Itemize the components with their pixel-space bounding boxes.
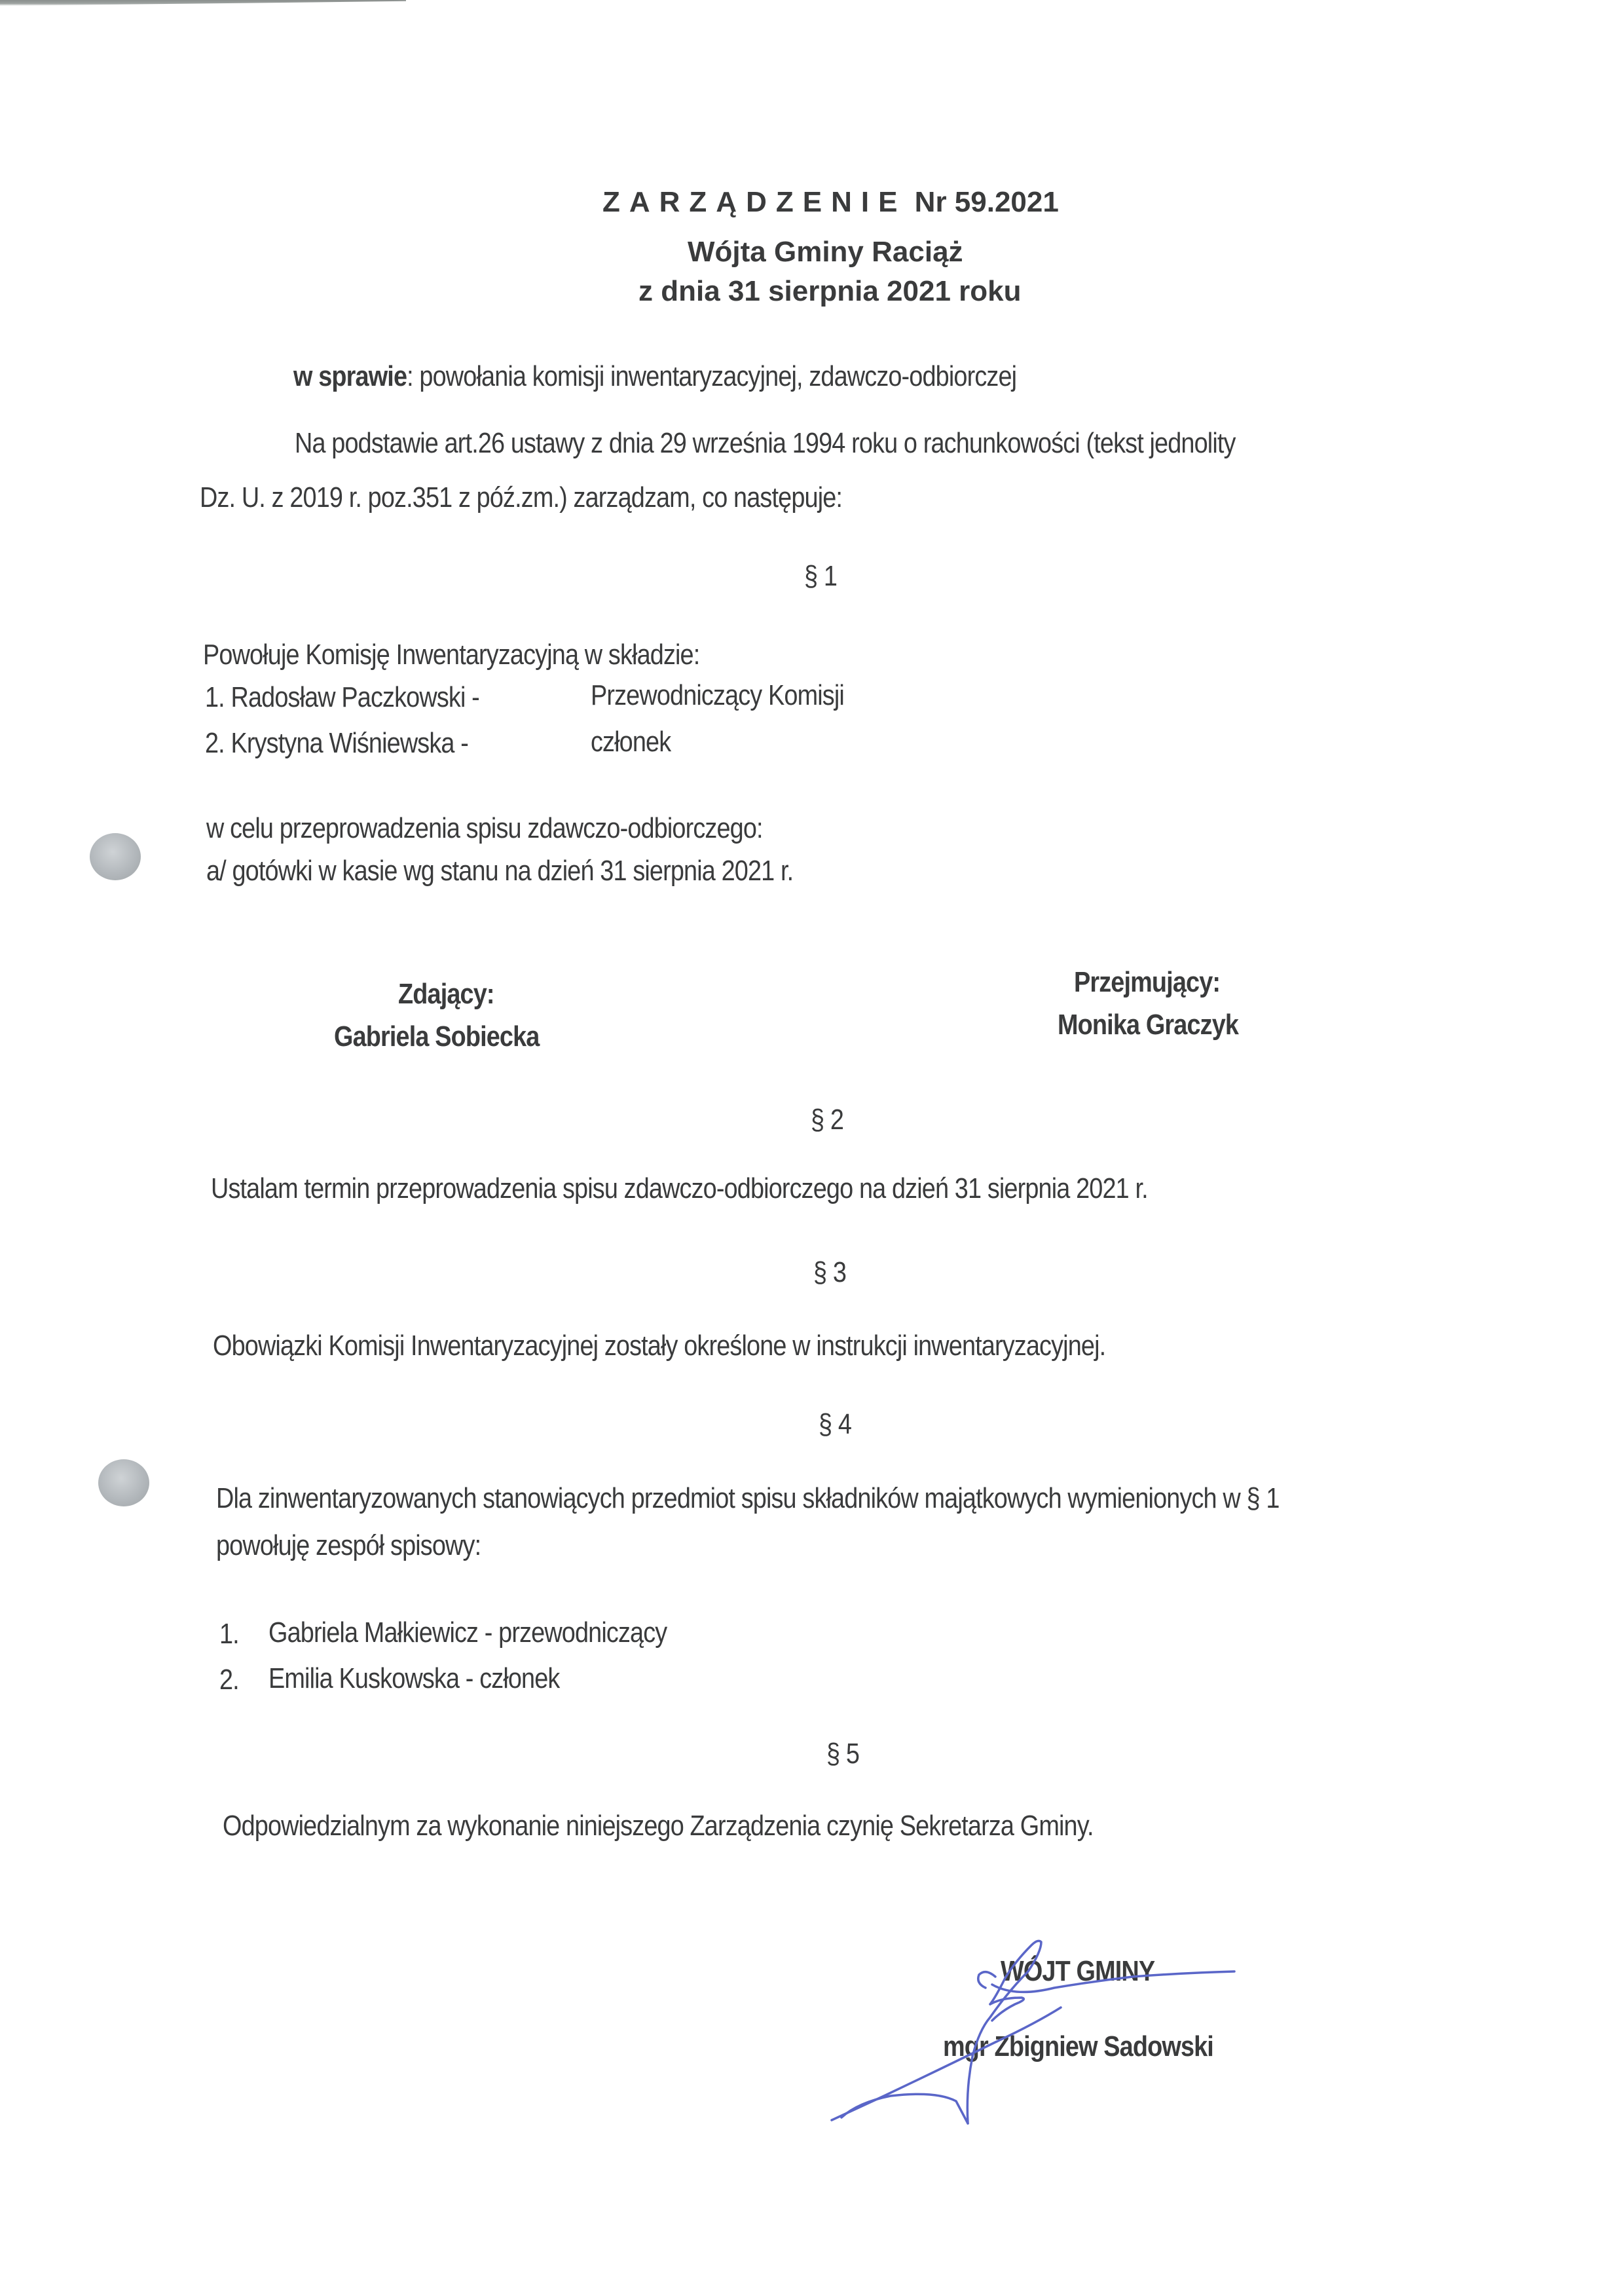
- handwritten-signature-icon: [819, 1899, 1408, 2161]
- receiver-label: Przejmujący:: [1074, 966, 1220, 999]
- member-1-role: Przewodniczący Komisji: [591, 679, 844, 712]
- doc-title: ZARZĄDZENIE Nr 59.2021: [602, 186, 1059, 219]
- member-2-role: członek: [591, 726, 671, 758]
- member-1-name: 1. Radosław Paczkowski -: [205, 681, 479, 714]
- doc-issuer: Wójta Gminy Raciąż: [688, 236, 963, 269]
- section-1-item-a: a/ gotówki w kasie wg stanu na dzień 31 …: [206, 855, 793, 887]
- preamble-line-2: Dz. U. z 2019 r. poz.351 z póź.zm.) zarz…: [200, 481, 842, 514]
- section-1-intro: Powołuje Komisję Inwentaryzacyjną w skła…: [203, 639, 699, 671]
- giver-name: Gabriela Sobiecka: [334, 1020, 539, 1053]
- section-2-text: Ustalam termin przeprowadzenia spisu zda…: [211, 1172, 1148, 1205]
- subject-text: : powołania komisji inwentaryzacyjnej, z…: [407, 360, 1016, 392]
- team-2-number: 2.: [219, 1664, 239, 1696]
- member-2-name: 2. Krystyna Wiśniewska -: [205, 727, 468, 760]
- preamble-line-1: Na podstawie art.26 ustawy z dnia 29 wrz…: [295, 427, 1236, 460]
- subject-label: w sprawie: [293, 360, 407, 392]
- team-2-text: Emilia Kuskowska - członek: [268, 1662, 559, 1695]
- section-3-heading: § 3: [813, 1256, 846, 1289]
- section-4-heading: § 4: [819, 1408, 851, 1441]
- punch-hole-bottom: [98, 1459, 149, 1506]
- section-4-line-2: powołuję zespół spisowy:: [216, 1529, 481, 1562]
- subject-line: w sprawie: powołania komisji inwentaryza…: [293, 360, 1016, 393]
- receiver-name: Monika Graczyk: [1058, 1009, 1238, 1041]
- section-1-heading: § 1: [804, 560, 837, 593]
- section-3-text: Obowiązki Komisji Inwentaryzacyjnej zost…: [213, 1330, 1105, 1362]
- section-5-heading: § 5: [826, 1738, 859, 1770]
- scan-edge-shadow: [0, 0, 406, 6]
- doc-number: Nr 59.2021: [915, 186, 1059, 218]
- punch-hole-top: [90, 833, 141, 880]
- giver-label: Zdający:: [398, 978, 494, 1011]
- team-1-text: Gabriela Małkiewicz - przewodniczący: [268, 1616, 667, 1649]
- section-5-text: Odpowiedzialnym za wykonanie niniejszego…: [223, 1810, 1094, 1842]
- section-2-heading: § 2: [811, 1104, 843, 1136]
- doc-type: ZARZĄDZENIE: [602, 186, 906, 218]
- section-1-purpose: w celu przeprowadzenia spisu zdawczo-odb…: [206, 812, 763, 845]
- team-1-number: 1.: [219, 1618, 239, 1651]
- section-4-line-1: Dla zinwentaryzowanych stanowiących prze…: [216, 1482, 1280, 1515]
- doc-date: z dnia 31 sierpnia 2021 roku: [638, 275, 1021, 308]
